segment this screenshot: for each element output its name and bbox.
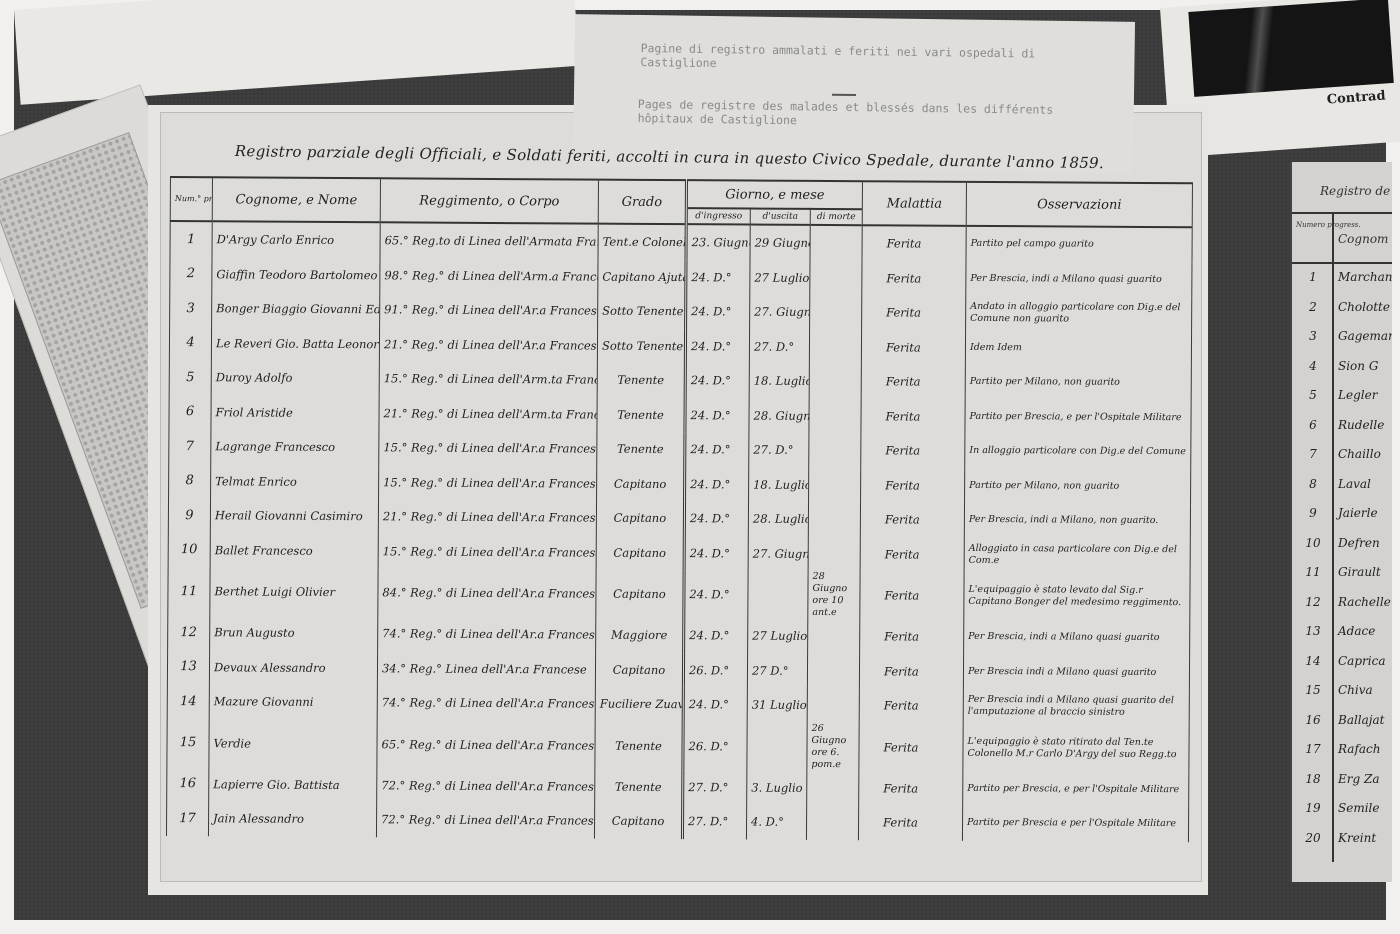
header-exit: d'uscita xyxy=(750,209,810,225)
row-exit xyxy=(747,722,807,770)
row-rank: Capitano xyxy=(597,466,685,501)
row-death: 28 Giugno ore 10 ant.e xyxy=(808,571,860,619)
caption-french: Pages de registre des malades et blessés… xyxy=(638,97,1108,132)
row-regiment: 15.° Reg.° di Linea dell'Arm.ta Francese xyxy=(379,361,597,397)
row-name: Friol Aristide xyxy=(211,395,379,431)
row-num: 12 xyxy=(168,615,210,650)
row-death xyxy=(810,295,862,330)
row-rank: Capitano xyxy=(596,535,684,570)
right-row-name: Kreint xyxy=(1338,831,1376,845)
row-notes: Alloggiato in casa particolare con Dig.e… xyxy=(964,537,1190,573)
row-notes: Partito per Brescia e per l'Ospitale Mil… xyxy=(962,806,1188,842)
row-exit: 27 Luglio xyxy=(750,260,810,295)
right-row-num: 9 xyxy=(1298,506,1328,520)
row-illness: Ferita xyxy=(861,330,965,365)
row-num: 1 xyxy=(170,221,212,257)
row-rank: Tenente xyxy=(595,721,683,770)
caption-divider xyxy=(832,94,856,96)
right-register-header: Numero progress. Cognom xyxy=(1292,212,1400,264)
header-illness: Malattia xyxy=(862,181,966,226)
row-regiment: 21.° Reg.° di Linea dell'Arm.ta Francese xyxy=(379,396,597,432)
right-row-name: Rachelle xyxy=(1338,595,1391,609)
row-rank: Sotto Tenente xyxy=(598,294,686,329)
row-exit: 27. D.° xyxy=(749,433,809,468)
right-row-num: 17 xyxy=(1298,742,1328,756)
right-row-name: Laval xyxy=(1338,477,1371,491)
row-regiment: 91.° Reg.° di Linea dell'Ar.a Francese xyxy=(380,292,598,328)
row-rank: Capitano xyxy=(595,652,683,687)
row-name: Jain Alessandro xyxy=(208,801,376,837)
row-regiment: 72.° Reg.° di Linea dell'Ar.a Francese xyxy=(377,768,595,804)
row-rank: Tenente xyxy=(595,769,683,804)
row-notes: Partito pel campo guarito xyxy=(966,226,1192,263)
row-notes: Andato in alloggio particolare con Dig.e… xyxy=(966,296,1192,332)
right-header-name: Cognom xyxy=(1338,232,1388,246)
row-rank: Capitano Ajutan. xyxy=(598,259,686,294)
row-num: 9 xyxy=(168,498,210,533)
right-row-name: Defren xyxy=(1338,536,1380,550)
row-num: 10 xyxy=(168,532,210,567)
row-rank: Fuciliere Zuavo xyxy=(595,687,683,722)
caption-italian: Pagine di registro ammalati e feriti nei… xyxy=(640,41,1100,75)
row-name: Brun Augusto xyxy=(210,615,378,651)
row-entry: 24. D.° xyxy=(683,687,747,722)
row-entry: 23. Giugno xyxy=(686,224,750,260)
row-death: 26 Giugno ore 6. pom.e xyxy=(807,722,859,770)
row-death xyxy=(810,225,862,261)
header-regiment: Reggimento, o Corpo xyxy=(380,178,598,223)
row-regiment: 15.° Reg.° di Linea dell'Ar.a Francese xyxy=(378,534,596,570)
row-death xyxy=(810,260,862,295)
row-regiment: 65.° Reg.to di Linea dell'Armata Fran.se xyxy=(380,222,598,259)
row-name: D'Argy Carlo Enrico xyxy=(212,221,380,258)
row-exit: 27 Luglio xyxy=(748,619,808,654)
right-row-name: Jaierle xyxy=(1338,506,1378,520)
right-register-column-divider xyxy=(1332,212,1334,862)
row-entry: 24. D.° xyxy=(686,294,750,329)
row-exit: 27. D.° xyxy=(749,329,809,364)
row-entry: 24. D.° xyxy=(684,501,748,536)
row-illness: Ferita xyxy=(858,805,962,840)
row-exit: 27. Giugno xyxy=(750,295,810,330)
row-entry: 24. D.° xyxy=(684,570,748,618)
row-name: Verdie xyxy=(209,719,377,768)
right-row-num: 18 xyxy=(1298,772,1328,786)
right-row-num: 11 xyxy=(1298,565,1328,579)
row-entry: 24. D.° xyxy=(685,363,749,398)
row-entry: 26. D.° xyxy=(683,653,747,688)
row-rank: Tenente xyxy=(597,363,685,398)
right-row-name: Chaillo xyxy=(1338,447,1381,461)
row-exit: 27. Giugno xyxy=(748,536,808,571)
row-regiment: 98.° Reg.° di Linea dell'Arm.a Francese xyxy=(380,258,598,294)
row-death xyxy=(809,398,861,433)
right-row-name: Gageman xyxy=(1338,329,1396,343)
register-rows: 1D'Argy Carlo Enrico65.° Reg.to di Linea… xyxy=(166,221,1192,842)
right-row-num: 19 xyxy=(1298,801,1328,815)
row-death xyxy=(808,619,860,654)
row-entry: 24. D.° xyxy=(686,260,750,295)
row-regiment: 21.° Reg.° di Linea dell'Ar.a Francese xyxy=(379,327,597,363)
header-rank: Grado xyxy=(598,180,686,225)
row-name: Telmat Enrico xyxy=(211,464,379,500)
row-entry: 24. D.° xyxy=(684,536,748,571)
row-notes: Partito per Brescia, e per l'Ospitale Mi… xyxy=(963,771,1189,807)
row-death xyxy=(809,364,861,399)
row-entry: 24. D.° xyxy=(685,432,749,467)
header-death: di morte xyxy=(810,209,862,225)
row-illness: Ferita xyxy=(860,619,964,654)
row-name: Le Reveri Gio. Batta Leonore xyxy=(211,326,379,362)
right-register-sheet: Registro de Numero progress. Cognom 1Mar… xyxy=(1290,162,1400,882)
row-regiment: 15.° Reg.° di Linea dell'Ar.a Francese xyxy=(379,430,597,466)
header-entry: d'ingresso xyxy=(686,208,750,224)
row-rank: Tenente xyxy=(597,432,685,467)
right-row-name: Caprica xyxy=(1338,654,1385,668)
row-notes: Partito per Milano, non guarito xyxy=(965,468,1191,504)
right-row-num: 5 xyxy=(1298,388,1328,402)
row-illness: Ferita xyxy=(861,364,965,399)
row-num: 2 xyxy=(170,257,212,292)
photo-top-right-label: Contrad xyxy=(1326,89,1386,108)
right-row-num: 7 xyxy=(1298,447,1328,461)
right-row-num: 12 xyxy=(1298,595,1328,609)
right-row-name: Cholotte xyxy=(1338,300,1390,314)
right-row-num: 2 xyxy=(1298,300,1328,314)
row-illness: Ferita xyxy=(862,295,966,330)
right-row-num: 15 xyxy=(1298,683,1328,697)
row-name: Herail Giovanni Casimiro xyxy=(210,498,378,534)
header-num: Num.° prog.° xyxy=(170,177,212,221)
right-row-name: Girault xyxy=(1338,565,1381,579)
right-row-name: Semile xyxy=(1338,801,1379,815)
right-header-num: Numero progress. xyxy=(1296,220,1361,231)
row-entry: 26. D.° xyxy=(683,722,747,770)
right-row-num: 14 xyxy=(1298,654,1328,668)
row-illness: Ferita xyxy=(859,688,963,723)
row-exit: 31 Luglio xyxy=(747,688,807,723)
row-notes: L'equipaggio è stato levato dal Sig.r Ca… xyxy=(964,572,1190,621)
row-rank: Capitano xyxy=(594,804,682,839)
right-row-num: 3 xyxy=(1298,329,1328,343)
row-death xyxy=(807,653,859,688)
header-name: Cognome, e Nome xyxy=(212,177,380,222)
row-rank: Capitano xyxy=(596,570,684,619)
row-rank: Sotto Tenente xyxy=(597,328,685,363)
right-row-name: Adace xyxy=(1338,624,1375,638)
right-row-num: 1 xyxy=(1298,270,1328,284)
table-row: 15Verdie65.° Reg.° di Linea dell'Ar.a Fr… xyxy=(167,718,1189,772)
right-row-name: Legler xyxy=(1338,388,1377,402)
row-death xyxy=(809,433,861,468)
row-entry: 24. D.° xyxy=(685,398,749,433)
row-num: 11 xyxy=(168,567,210,615)
row-illness: Ferita xyxy=(860,537,964,572)
row-num: 14 xyxy=(167,684,209,719)
row-exit: 4. D.° xyxy=(746,805,806,840)
row-illness: Ferita xyxy=(860,502,964,537)
right-edge xyxy=(1392,162,1400,882)
row-rank: Maggiore xyxy=(596,618,684,653)
row-illness: Ferita xyxy=(859,771,963,806)
row-exit: 28. Luglio xyxy=(748,502,808,537)
right-row-num: 20 xyxy=(1298,831,1328,845)
right-row-num: 16 xyxy=(1298,713,1328,727)
row-name: Bonger Biaggio Giovanni Edoardo xyxy=(212,291,380,327)
row-death xyxy=(808,502,860,537)
row-name: Ballet Francesco xyxy=(210,533,378,569)
row-illness: Ferita xyxy=(861,399,965,434)
right-row-name: Rudelle xyxy=(1338,418,1384,432)
header-notes: Osservazioni xyxy=(966,182,1192,227)
row-num: 15 xyxy=(167,718,209,766)
row-death xyxy=(808,536,860,571)
row-name: Lagrange Francesco xyxy=(211,429,379,465)
table-row: 17Jain Alessandro72.° Reg.° di Linea del… xyxy=(166,801,1188,842)
row-exit: 18. Luglio xyxy=(749,364,809,399)
row-name: Lapierre Gio. Battista xyxy=(209,767,377,803)
row-illness: Ferita xyxy=(859,654,963,689)
right-row-name: Chiva xyxy=(1338,683,1373,697)
row-entry: 27. D.° xyxy=(682,804,746,839)
row-notes: In alloggio particolare con Dig.e del Co… xyxy=(965,434,1191,470)
register-table: Num.° prog.° Cognome, e Nome Reggimento,… xyxy=(166,176,1193,842)
row-death xyxy=(809,467,861,502)
right-row-num: 10 xyxy=(1298,536,1328,550)
row-num: 4 xyxy=(169,326,211,361)
row-regiment: 74.° Reg.° di Linea dell'Ar.a Francese xyxy=(378,616,596,652)
row-name: Giaffin Teodoro Bartolomeo xyxy=(212,257,380,293)
row-notes: Idem Idem xyxy=(965,330,1191,366)
row-regiment: 65.° Reg.° di Linea dell'Ar.a Francese xyxy=(377,720,595,769)
row-death xyxy=(807,688,859,723)
row-illness: Ferita xyxy=(859,723,963,772)
row-death xyxy=(807,770,859,805)
row-exit xyxy=(748,571,808,619)
row-notes: L'equipaggio è stato ritirato dal Ten.te… xyxy=(963,723,1189,772)
row-num: 7 xyxy=(169,429,211,464)
row-rank: Capitano xyxy=(596,501,684,536)
row-illness: Ferita xyxy=(860,571,964,620)
row-notes: Partito per Brescia, e per l'Ospitale Mi… xyxy=(965,399,1191,435)
row-rank: Tenente xyxy=(597,397,685,432)
row-notes: Per Brescia indi a Milano quasi guarito … xyxy=(963,689,1189,725)
row-num: 6 xyxy=(169,394,211,429)
row-name: Devaux Alessandro xyxy=(209,650,377,686)
row-name: Duroy Adolfo xyxy=(211,360,379,396)
row-notes: Per Brescia indi a Milano quasi guarito xyxy=(963,654,1189,690)
row-notes: Partito per Milano, non guarito xyxy=(965,365,1191,401)
row-exit: 18. Luglio xyxy=(749,467,809,502)
row-exit: 28. Giugno xyxy=(749,398,809,433)
right-row-num: 4 xyxy=(1298,359,1328,373)
table-row: 11Berthet Luigi Olivier84.° Reg.° di Lin… xyxy=(168,567,1190,621)
right-row-name: Erg Za xyxy=(1338,772,1379,786)
right-row-name: Marchan xyxy=(1338,270,1393,284)
right-register-title: Registro de xyxy=(1320,184,1390,198)
row-regiment: 15.° Reg.° di Linea dell'Ar.a Francese xyxy=(379,465,597,501)
row-exit: 29 Giugno xyxy=(750,225,810,261)
row-num: 3 xyxy=(170,291,212,326)
right-row-name: Rafach xyxy=(1338,742,1381,756)
row-regiment: 34.° Reg.° Linea dell'Ar.a Francese xyxy=(377,651,595,687)
row-num: 13 xyxy=(167,649,209,684)
row-exit: 27 D.° xyxy=(747,653,807,688)
row-name: Berthet Luigi Olivier xyxy=(210,567,378,616)
photo-top-right-image xyxy=(1188,0,1393,97)
row-regiment: 21.° Reg.° di Linea dell'Ar.a Francese xyxy=(378,499,596,535)
right-row-num: 13 xyxy=(1298,624,1328,638)
row-regiment: 74.° Reg.° di Linea dell'Ar.a Francese xyxy=(377,685,595,721)
row-num: 16 xyxy=(167,766,209,801)
row-num: 8 xyxy=(169,463,211,498)
row-entry: 24. D.° xyxy=(685,329,749,364)
row-regiment: 72.° Reg.° di Linea dell'Ar.a Francese xyxy=(376,802,594,838)
right-row-name: Sion G xyxy=(1338,359,1378,373)
row-death xyxy=(809,329,861,364)
row-notes: Per Brescia, indi a Milano quasi guarito xyxy=(966,261,1192,297)
right-row-name: Ballajat xyxy=(1338,713,1385,727)
row-illness: Ferita xyxy=(862,261,966,296)
row-notes: Per Brescia, indi a Milano, non guarito. xyxy=(964,503,1190,539)
row-entry: 24. D.° xyxy=(684,618,748,653)
header-date-group: Giorno, e mese xyxy=(686,180,862,209)
right-row-num: 6 xyxy=(1298,418,1328,432)
row-regiment: 84.° Reg.° di Linea dell'Ar.a Francese xyxy=(378,568,596,617)
row-entry: 24. D.° xyxy=(685,467,749,502)
row-entry: 27. D.° xyxy=(683,770,747,805)
row-num: 5 xyxy=(169,360,211,395)
row-illness: Ferita xyxy=(861,468,965,503)
row-illness: Ferita xyxy=(861,433,965,468)
row-num: 17 xyxy=(166,801,208,836)
row-exit: 3. Luglio xyxy=(747,770,807,805)
row-notes: Per Brescia, indi a Milano quasi guarito xyxy=(964,620,1190,656)
row-death xyxy=(806,805,858,840)
row-rank: Tent.e Colonello xyxy=(598,224,686,260)
right-row-num: 8 xyxy=(1298,477,1328,491)
row-name: Mazure Giovanni xyxy=(209,684,377,720)
row-illness: Ferita xyxy=(862,225,966,261)
